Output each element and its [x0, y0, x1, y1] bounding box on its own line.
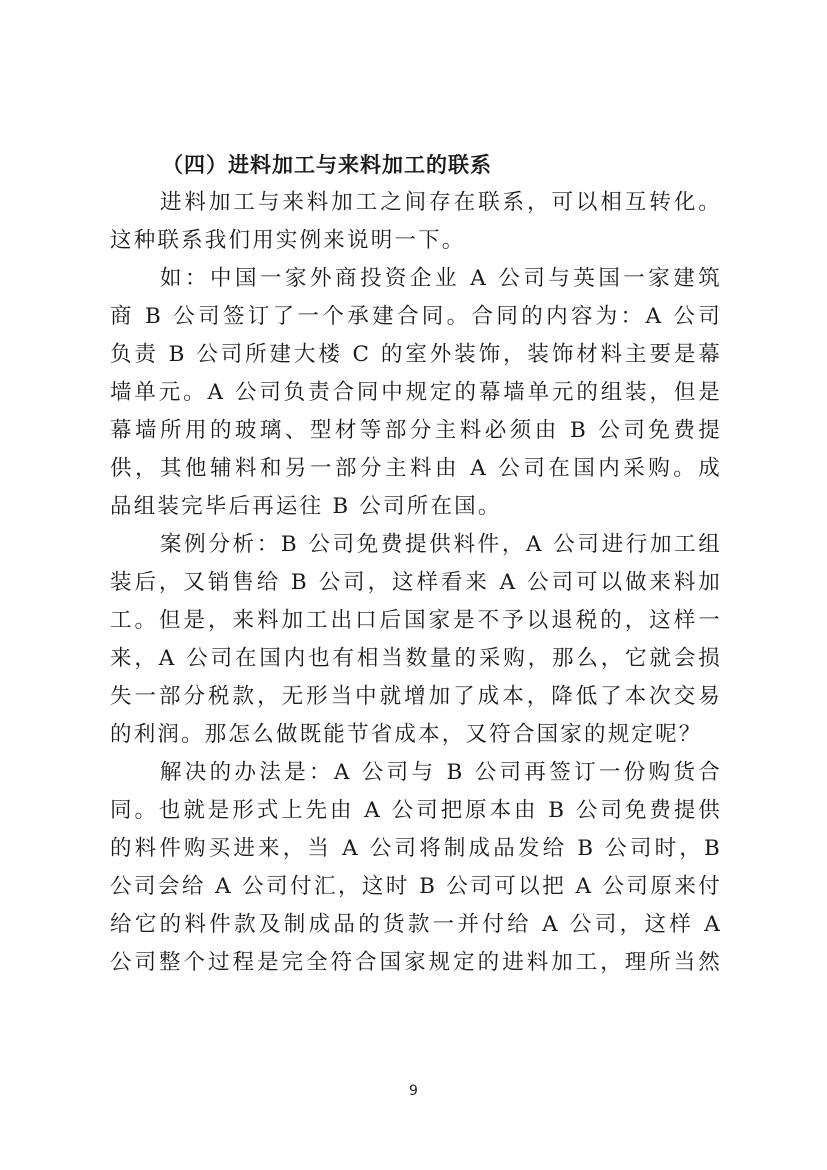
- paragraph-line: 的利润。那怎么做既能节省成本，又符合国家的规定呢？: [110, 716, 722, 754]
- paragraph-line: 供，其他辅料和另一部分主料由 A 公司在国内采购。成: [110, 450, 722, 488]
- page-content: （四）进料加工与来料加工的联系 进料加工与来料加工之间存在联系，可以相互转化。 …: [110, 146, 722, 982]
- paragraph-line: 墙单元。A 公司负责合同中规定的幕墙单元的组装，但是: [110, 374, 722, 412]
- paragraph-2: 如：中国一家外商投资企业 A 公司与英国一家建筑 商 B 公司签订了一个承建合同…: [110, 260, 722, 526]
- paragraph-line: 给它的料件款及制成品的货款一并付给 A 公司，这样 A: [110, 906, 722, 944]
- paragraph-3: 案例分析：B 公司免费提供料件，A 公司进行加工组 装后，又销售给 B 公司，这…: [110, 526, 722, 754]
- paragraph-line: 这种联系我们用实例来说明一下。: [110, 222, 722, 260]
- paragraph-line: 如：中国一家外商投资企业 A 公司与英国一家建筑: [110, 260, 722, 298]
- page-number: 9: [0, 1083, 827, 1099]
- paragraph-line: 幕墙所用的玻璃、型材等部分主料必须由 B 公司免费提: [110, 412, 722, 450]
- paragraph-1: 进料加工与来料加工之间存在联系，可以相互转化。 这种联系我们用实例来说明一下。: [110, 184, 722, 260]
- section-heading: （四）进料加工与来料加工的联系: [110, 146, 722, 184]
- paragraph-line: 品组装完毕后再运往 B 公司所在国。: [110, 488, 722, 526]
- paragraph-line: 的料件购买进来，当 A 公司将制成品发给 B 公司时，B: [110, 830, 722, 868]
- paragraph-4: 解决的办法是：A 公司与 B 公司再签订一份购货合 同。也就是形式上先由 A 公…: [110, 754, 722, 982]
- document-page: （四）进料加工与来料加工的联系 进料加工与来料加工之间存在联系，可以相互转化。 …: [0, 0, 827, 1170]
- paragraph-line: 案例分析：B 公司免费提供料件，A 公司进行加工组: [110, 526, 722, 564]
- paragraph-line: 工。但是，来料加工出口后国家是不予以退税的，这样一: [110, 602, 722, 640]
- paragraph-line: 商 B 公司签订了一个承建合同。合同的内容为：A 公司: [110, 298, 722, 336]
- paragraph-line: 同。也就是形式上先由 A 公司把原本由 B 公司免费提供: [110, 792, 722, 830]
- paragraph-line: 来，A 公司在国内也有相当数量的采购，那么，它就会损: [110, 640, 722, 678]
- paragraph-line: 装后，又销售给 B 公司，这样看来 A 公司可以做来料加: [110, 564, 722, 602]
- paragraph-line: 失一部分税款，无形当中就增加了成本，降低了本次交易: [110, 678, 722, 716]
- paragraph-line: 进料加工与来料加工之间存在联系，可以相互转化。: [110, 184, 722, 222]
- paragraph-line: 公司会给 A 公司付汇，这时 B 公司可以把 A 公司原来付: [110, 868, 722, 906]
- paragraph-line: 负责 B 公司所建大楼 C 的室外装饰，装饰材料主要是幕: [110, 336, 722, 374]
- paragraph-line: 解决的办法是：A 公司与 B 公司再签订一份购货合: [110, 754, 722, 792]
- paragraph-line: 公司整个过程是完全符合国家规定的进料加工，理所当然: [110, 944, 722, 982]
